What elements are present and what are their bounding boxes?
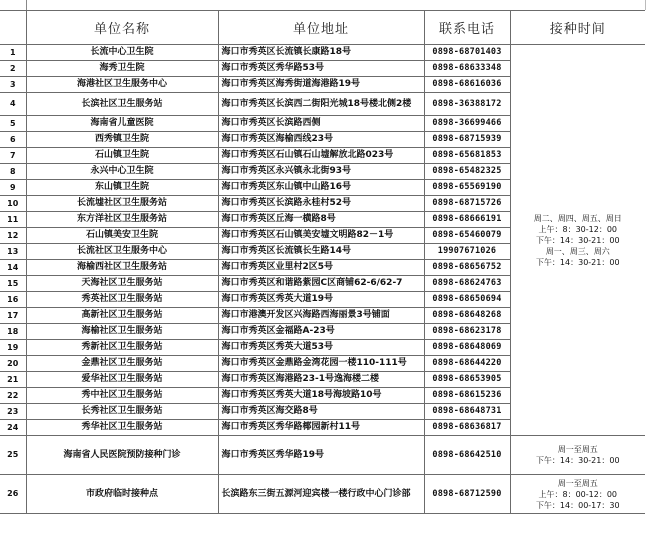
- contact-phone: 0898-65569190: [424, 180, 510, 196]
- unit-name: 东山镇卫生院: [26, 180, 218, 196]
- contact-phone: 0898-68648069: [424, 340, 510, 356]
- unit-address: 海口市秀英区金福路A-23号: [218, 324, 424, 340]
- row-index: 26: [0, 475, 26, 514]
- row-index: 8: [0, 164, 26, 180]
- unit-name: 海榆西社区卫生服务站: [26, 260, 218, 276]
- row-index: 3: [0, 77, 26, 93]
- unit-address: 海口市秀英区和谐路紫园C区商铺62-6/62-7: [218, 276, 424, 292]
- unit-name: 秀华社区卫生服务站: [26, 420, 218, 436]
- schedule-group-3: 周一至周五上午：8：00-12：00下午：14：00-17：30: [510, 475, 645, 514]
- contact-phone: 19907671026: [424, 244, 510, 260]
- contact-phone: 0898-68636817: [424, 420, 510, 436]
- unit-address: 海口市秀英区海榆西线23号: [218, 132, 424, 148]
- unit-address: 海口市秀英区金鼎路金湾花园一楼110-111号: [218, 356, 424, 372]
- table-row: 1 长流中心卫生院 海口市秀英区长流镇长康路18号 0898-68701403 …: [0, 45, 645, 61]
- contact-phone: 0898-68624763: [424, 276, 510, 292]
- row-index: 20: [0, 356, 26, 372]
- unit-name: 海港社区卫生服务中心: [26, 77, 218, 93]
- unit-address: 海口市秀英区业里村2区5号: [218, 260, 424, 276]
- unit-address: 海口市秀英区海交路8号: [218, 404, 424, 420]
- contact-phone: 0898-68650694: [424, 292, 510, 308]
- contact-phone: 0898-68623178: [424, 324, 510, 340]
- contact-phone: 0898-68656752: [424, 260, 510, 276]
- unit-name: 西秀镇卫生院: [26, 132, 218, 148]
- table-row: 26 市政府临时接种点 长滨路东三街五源河迎宾楼一楼行政中心门诊部 0898-6…: [0, 475, 645, 514]
- unit-name: 海南省人民医院预防接种门诊: [26, 436, 218, 475]
- unit-name: 海秀卫生院: [26, 61, 218, 77]
- schedule-line: 下午：14：30-21：00: [511, 257, 646, 268]
- unit-name: 石山镇卫生院: [26, 148, 218, 164]
- row-index: 18: [0, 324, 26, 340]
- row-index: 15: [0, 276, 26, 292]
- header-index: [0, 11, 26, 45]
- unit-address: 海口市秀英区秀英大道18号海坡路10号: [218, 388, 424, 404]
- schedule-line: 下午：14：30-21：00: [511, 235, 646, 246]
- top-border-right: [645, 0, 646, 10]
- unit-name: 长流墟社区卫生服务站: [26, 196, 218, 212]
- row-index: 7: [0, 148, 26, 164]
- unit-address: 海口市秀英区石山镇石山墟解放北路023号: [218, 148, 424, 164]
- row-index: 17: [0, 308, 26, 324]
- unit-address: 海口市秀英区长流镇长生路14号: [218, 244, 424, 260]
- contact-phone: 0898-68615236: [424, 388, 510, 404]
- header-unit-name: 单位名称: [26, 11, 218, 45]
- schedule-line: 周一至周五: [511, 478, 646, 489]
- vaccination-sites-table: 单位名称 单位地址 联系电话 接种时间 1 长流中心卫生院 海口市秀英区长流镇长…: [0, 10, 645, 514]
- contact-phone: 0898-68616036: [424, 77, 510, 93]
- row-index: 1: [0, 45, 26, 61]
- contact-phone: 0898-65482325: [424, 164, 510, 180]
- contact-phone: 0898-68715939: [424, 132, 510, 148]
- contact-phone: 0898-36699466: [424, 116, 510, 132]
- schedule-line: 周二、周四、周五、周日: [511, 213, 646, 224]
- row-index: 24: [0, 420, 26, 436]
- row-index: 6: [0, 132, 26, 148]
- schedule-line: 周一、周三、周六: [511, 246, 646, 257]
- unit-address: 海口市秀英区秀华路19号: [218, 436, 424, 475]
- table-row: 25 海南省人民医院预防接种门诊 海口市秀英区秀华路19号 0898-68642…: [0, 436, 645, 475]
- unit-address: 海口市秀英区秀英大道19号: [218, 292, 424, 308]
- unit-name: 东方洋社区卫生服务站: [26, 212, 218, 228]
- header-vaccination-time: 接种时间: [510, 11, 645, 45]
- unit-address: 海口市秀英区长流镇长康路18号: [218, 45, 424, 61]
- row-index: 22: [0, 388, 26, 404]
- header-contact-phone: 联系电话: [424, 11, 510, 45]
- unit-name: 秀中社区卫生服务站: [26, 388, 218, 404]
- unit-name: 长滨社区卫生服务站: [26, 93, 218, 116]
- unit-name: 海南省儿童医院: [26, 116, 218, 132]
- row-index: 23: [0, 404, 26, 420]
- unit-name: 秀新社区卫生服务站: [26, 340, 218, 356]
- schedule-group-2: 周一至周五下午：14：30-21：00: [510, 436, 645, 475]
- unit-address: 长滨路东三街五源河迎宾楼一楼行政中心门诊部: [218, 475, 424, 514]
- unit-name: 爱华社区卫生服务站: [26, 372, 218, 388]
- contact-phone: 0898-68642510: [424, 436, 510, 475]
- row-index: 12: [0, 228, 26, 244]
- unit-address: 海口市秀英区海港路23-1号逸海楼二楼: [218, 372, 424, 388]
- schedule-group-1: 周二、周四、周五、周日上午：8：30-12：00下午：14：30-21：00周一…: [510, 45, 645, 436]
- row-index: 25: [0, 436, 26, 475]
- unit-name: 长流社区卫生服务中心: [26, 244, 218, 260]
- header-unit-address: 单位地址: [218, 11, 424, 45]
- contact-phone: 0898-65460079: [424, 228, 510, 244]
- row-index: 19: [0, 340, 26, 356]
- unit-name: 石山镇美安卫生院: [26, 228, 218, 244]
- contact-phone: 0898-68644220: [424, 356, 510, 372]
- contact-phone: 0898-68633348: [424, 61, 510, 77]
- schedule-line: 下午：14：30-21：00: [511, 455, 646, 466]
- unit-address: 海口市秀英区永兴镇永北街93号: [218, 164, 424, 180]
- unit-name: 市政府临时接种点: [26, 475, 218, 514]
- unit-name: 长流中心卫生院: [26, 45, 218, 61]
- schedule-line: 上午：8：30-12：00: [511, 224, 646, 235]
- row-index: 13: [0, 244, 26, 260]
- unit-address: 海口市秀英区石山镇美安墟文明路82－1号: [218, 228, 424, 244]
- schedule-line: 周一至周五: [511, 444, 646, 455]
- row-index: 4: [0, 93, 26, 116]
- unit-name: 高新社区卫生服务站: [26, 308, 218, 324]
- unit-name: 长秀社区卫生服务站: [26, 404, 218, 420]
- unit-name: 永兴中心卫生院: [26, 164, 218, 180]
- contact-phone: 0898-68715726: [424, 196, 510, 212]
- unit-address: 海口市秀英区海秀街道海港路19号: [218, 77, 424, 93]
- unit-address: 海口市秀英区秀华路椰园新村11号: [218, 420, 424, 436]
- unit-address: 海口市秀英区长滨路西侧: [218, 116, 424, 132]
- unit-address: 海口市秀英区秀华路53号: [218, 61, 424, 77]
- contact-phone: 0898-68666191: [424, 212, 510, 228]
- unit-name: 天海社区卫生服务站: [26, 276, 218, 292]
- unit-name: 海榆社区卫生服务站: [26, 324, 218, 340]
- unit-address: 海口市秀英区长滨路永桂村52号: [218, 196, 424, 212]
- contact-phone: 0898-68648731: [424, 404, 510, 420]
- row-index: 14: [0, 260, 26, 276]
- row-index: 2: [0, 61, 26, 77]
- contact-phone: 0898-68701403: [424, 45, 510, 61]
- contact-phone: 0898-68653905: [424, 372, 510, 388]
- row-index: 9: [0, 180, 26, 196]
- contact-phone: 0898-36388172: [424, 93, 510, 116]
- top-border-left: [26, 0, 27, 10]
- row-index: 16: [0, 292, 26, 308]
- contact-phone: 0898-65681853: [424, 148, 510, 164]
- schedule-line: 下午：14：00-17：30: [511, 500, 646, 511]
- contact-phone: 0898-68712590: [424, 475, 510, 514]
- row-index: 10: [0, 196, 26, 212]
- unit-name: 金鼎社区卫生服务站: [26, 356, 218, 372]
- unit-address: 海口市秀英区丘海一横路8号: [218, 212, 424, 228]
- unit-address: 海口市秀英区长滨西二街阳光城18号楼北侧2楼: [218, 93, 424, 116]
- unit-address: 海口市秀英区东山镇中山路16号: [218, 180, 424, 196]
- contact-phone: 0898-68648268: [424, 308, 510, 324]
- unit-address: 海口市秀英区秀英大道53号: [218, 340, 424, 356]
- table-header-row: 单位名称 单位地址 联系电话 接种时间: [0, 11, 645, 45]
- unit-name: 秀英社区卫生服务站: [26, 292, 218, 308]
- row-index: 5: [0, 116, 26, 132]
- unit-address: 海口市港澳开发区兴海路西海丽景3号铺面: [218, 308, 424, 324]
- row-index: 21: [0, 372, 26, 388]
- row-index: 11: [0, 212, 26, 228]
- schedule-line: 上午：8：00-12：00: [511, 489, 646, 500]
